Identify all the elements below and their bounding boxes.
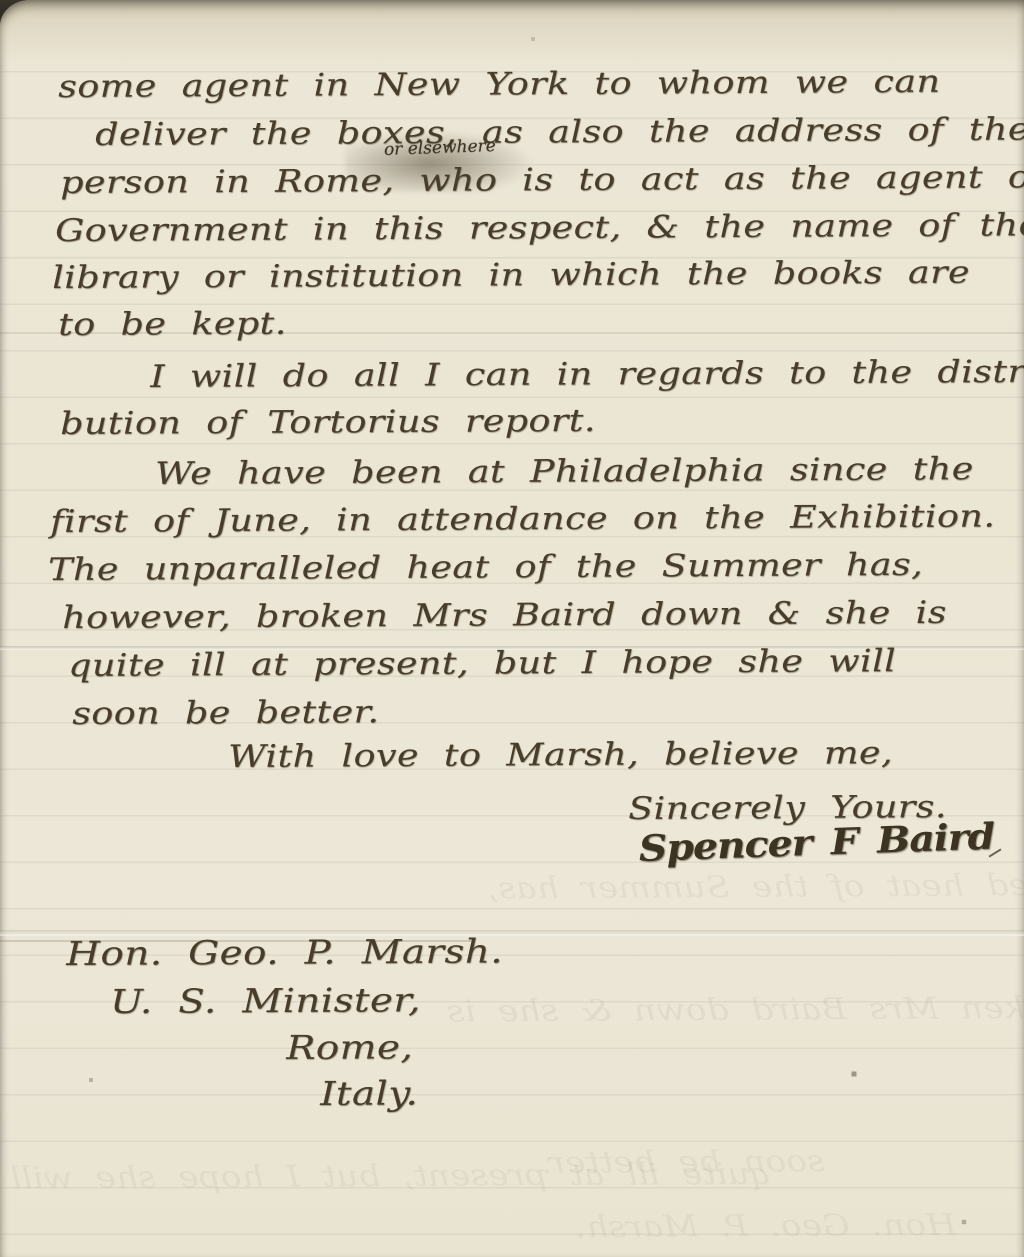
recipient-country: Italy.: [320, 1075, 418, 1112]
letter-line: The unparalleled heat of the Summer has,: [48, 548, 923, 587]
ghost-showthrough: soon be better.: [541, 1147, 824, 1179]
ghost-showthrough: however, broken Mrs Baird down & she is: [447, 993, 1024, 1028]
scanned-letter-page: The unparalleled heat of the Summer has,…: [0, 0, 1024, 1257]
recipient-city: Rome,: [286, 1029, 413, 1066]
closing-line: With love to Marsh, believe me,: [228, 736, 893, 774]
letter-line: however, broken Mrs Baird down & she is: [62, 596, 947, 635]
letter-line: I will do all I can in regards to the di…: [150, 355, 1024, 394]
letter-line: some agent in New York to whom we can: [58, 65, 940, 104]
letter-line: We have been at Philadelphia since the: [155, 452, 974, 491]
letter-line: quite ill at present, but I hope she wil…: [68, 644, 896, 683]
ghost-showthrough: The unparalleled heat of the Summer has,: [487, 870, 1024, 905]
letter-line: library or institution in which the book…: [52, 256, 970, 296]
paper-specks: [0, 0, 2, 2]
letter-line: bution of Tortorius report.: [60, 404, 596, 441]
ghost-showthrough: Hon. Geo. P. Marsh.: [575, 1211, 956, 1243]
letter-line: Government in this respect, & the name o…: [55, 208, 1024, 248]
paper-sheet: The unparalleled heat of the Summer has,…: [0, 0, 1024, 1257]
letter-line: person in Rome, who is to act as the age…: [60, 160, 1024, 200]
letter-line: to be kept.: [58, 307, 287, 342]
interlinear-insertion: or elsewhere: [384, 138, 496, 159]
letter-line: first of June, in attendance on the Exhi…: [50, 499, 995, 539]
recipient-title: U. S. Minister,: [110, 982, 421, 1020]
letter-line: soon be better.: [72, 695, 379, 731]
recipient-name: Hon. Geo. P. Marsh.: [66, 933, 503, 972]
letter-line: deliver the boxes, as also the address o…: [95, 112, 1024, 152]
